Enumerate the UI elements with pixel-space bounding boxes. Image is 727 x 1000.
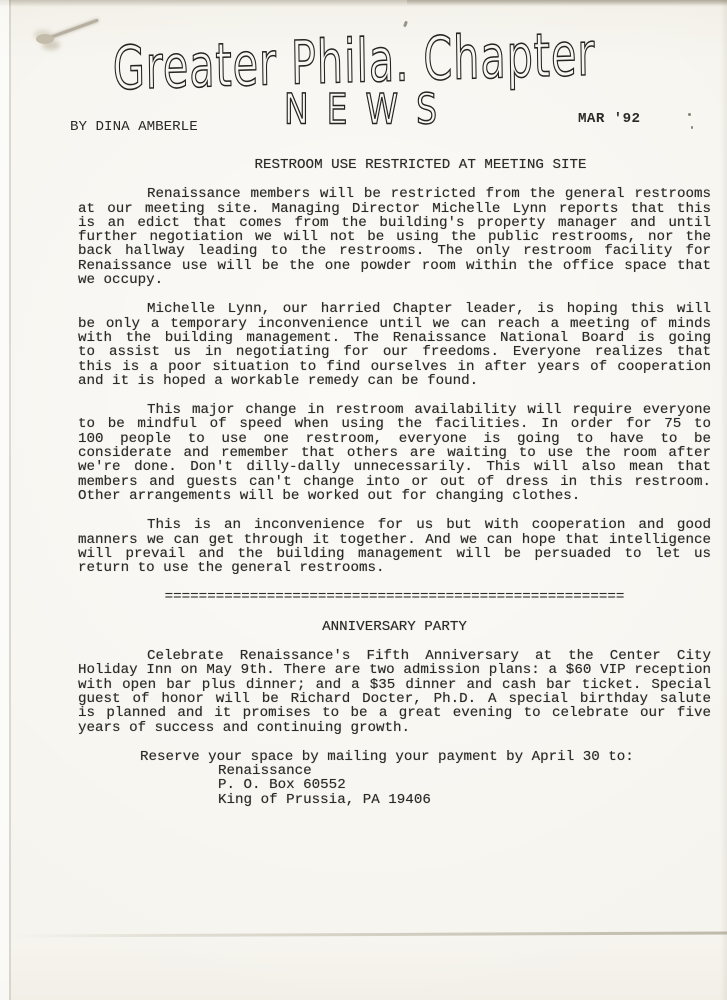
- article: RESTROOM USE RESTRICTED AT MEETING SITER…: [78, 158, 711, 575]
- text-line: this is a poor situation to find ourselv…: [78, 360, 711, 374]
- paragraph: Michelle Lynn, our harried Chapter leade…: [78, 302, 711, 388]
- text-line: Other arrangements will be worked out fo…: [78, 489, 711, 503]
- section-separator: ========================================…: [78, 590, 711, 604]
- text-line: back hallway leading to the restrooms. T…: [78, 244, 711, 258]
- newsletter-page: Greater Phila. Chapter NEWS BY DINA AMBE…: [0, 0, 727, 1000]
- paper-left-edge: [9, 0, 11, 1000]
- scan-top-edge: [0, 0, 727, 7]
- paper-right-edge: [720, 0, 727, 1000]
- text-line: manners we can get through it together. …: [78, 533, 711, 547]
- mailing-intro: Reserve your space by mailing your payme…: [78, 750, 711, 764]
- paragraph: Celebrate Renaissance's Fifth Anniversar…: [78, 649, 711, 735]
- ink-speck: [691, 126, 693, 129]
- text-line: members and guests can't change into or …: [78, 475, 711, 489]
- address-line: P. O. Box 60552: [78, 778, 711, 792]
- address-line: Renaissance: [78, 764, 711, 778]
- byline: BY DINA AMBERLE: [70, 119, 198, 135]
- scan-left-margin: [0, 0, 9, 1000]
- article: ANNIVERSARY PARTYCelebrate Renaissance's…: [78, 620, 711, 807]
- text-line: return to use the general restrooms.: [78, 561, 711, 575]
- text-line: at our meeting site. Managing Director M…: [78, 202, 711, 216]
- text-line: Holiday Inn on May 9th. There are two ad…: [78, 663, 711, 677]
- address-line: King of Prussia, PA 19406: [78, 793, 711, 807]
- article-title: RESTROOM USE RESTRICTED AT MEETING SITE: [104, 158, 727, 172]
- text-line: years of success and continuing growth.: [78, 721, 711, 735]
- text-line: be only a temporary inconvenience until …: [78, 317, 711, 331]
- paragraph: This is an inconvenience for us but with…: [78, 518, 711, 575]
- articles-container: RESTROOM USE RESTRICTED AT MEETING SITER…: [78, 158, 711, 807]
- text-line: with open bar plus dinner; and a $35 din…: [78, 678, 711, 692]
- ink-speck: [688, 113, 691, 116]
- text-line: will prevail and the building management…: [78, 547, 711, 561]
- issue-date: MAR '92: [578, 111, 640, 127]
- text-line: 100 people to use one restroom, everyone…: [78, 432, 711, 446]
- text-line: we occupy.: [78, 273, 711, 287]
- text-line: to be mindful of speed when using the fa…: [78, 417, 711, 431]
- mailing-address: RenaissanceP. O. Box 60552King of Prussi…: [78, 764, 711, 807]
- paper-crease: [12, 931, 727, 937]
- paragraph: This major change in restroom availabili…: [78, 403, 711, 503]
- text-line: Renaissance members will be restricted f…: [78, 187, 711, 201]
- text-line: is planned and it promises to be a great…: [78, 706, 711, 720]
- text-line: This is an inconvenience for us but with…: [78, 518, 711, 532]
- article-title: ANNIVERSARY PARTY: [78, 620, 711, 634]
- text-line: we're done. Don't dilly-dally unnecessar…: [78, 460, 711, 474]
- paragraph: Renaissance members will be restricted f…: [78, 187, 711, 287]
- text-line: and it is hoped a workable remedy can be…: [78, 374, 711, 388]
- text-line: to assist us in negotiating for our free…: [78, 345, 711, 359]
- text-line: Renaissance use will be the one powder r…: [78, 259, 711, 273]
- text-line: Michelle Lynn, our harried Chapter leade…: [78, 302, 711, 316]
